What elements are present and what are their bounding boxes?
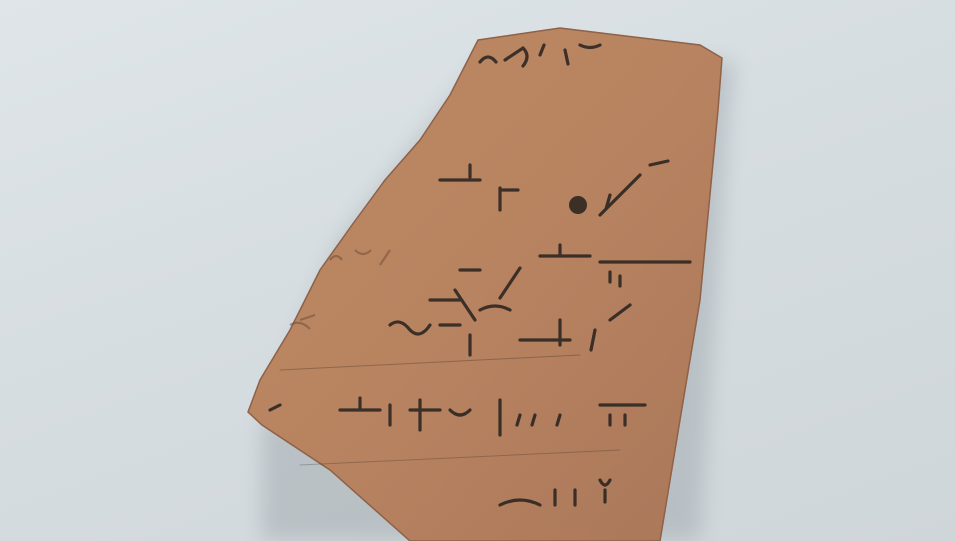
photo-scene: [0, 0, 955, 541]
ostracon-image: [0, 0, 955, 541]
